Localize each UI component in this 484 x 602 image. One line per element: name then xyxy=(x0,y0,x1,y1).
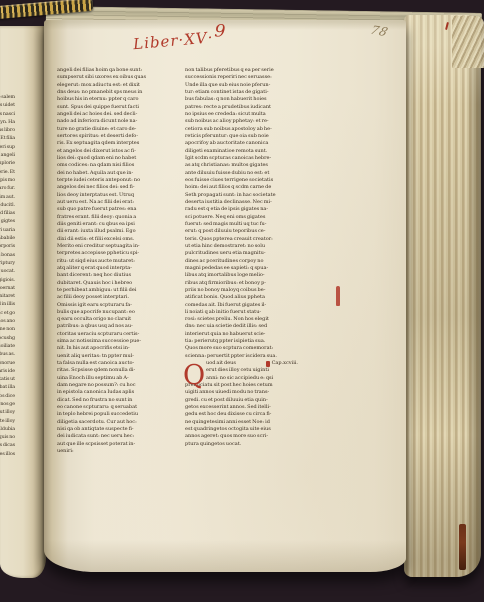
text-line: comedas ait. Ibi fuerut gigates il- xyxy=(185,302,299,309)
text-line: implorie xyxy=(0,160,15,168)
text-line: bus fabulas: q non habuerit hoies xyxy=(185,96,299,103)
text-line: nes nasci xyxy=(0,111,15,119)
text-line: scriptury xyxy=(0,260,15,268)
text-line: te perhibeat ambiguu: ut filii dei xyxy=(57,287,155,294)
text-line: mos uidet xyxy=(0,102,15,110)
text-line: bri uaria xyxy=(0,227,15,235)
rubric-mark xyxy=(336,286,340,306)
text-line: in teplo hebrei populi succedetiu xyxy=(57,411,155,418)
text-line: annos ageret: quos more suo scri- xyxy=(185,433,299,440)
text-line: Unde illa que sub eius noie pferun- xyxy=(185,82,299,89)
running-title-text: Liber·XV· xyxy=(132,28,214,53)
text-line: successionis reperiri nec seruasse: xyxy=(185,74,299,81)
text-line: ac filii deoy posset interptari. xyxy=(57,294,155,301)
text-line: eo canone scpturaru: q seruabat xyxy=(57,404,155,411)
text-line: ante diluuiu fuisse dubiu no est: et xyxy=(185,170,299,177)
text-line: dei no habet. Aquila aut que in- xyxy=(57,170,155,177)
text-line: magni pededas ee sapieti: q spua- xyxy=(185,265,299,272)
text-line: diligeti examinatioe remota sunt. xyxy=(185,148,299,155)
text-line: Merito eni creditur septuagita in- xyxy=(57,243,155,250)
chapter-first-words: uod ait deus xyxy=(206,360,236,367)
text-line: oms codices: na qdam nisi filios xyxy=(57,162,155,169)
text-line: dute illoy xyxy=(0,418,15,426)
text-line: r. Et filia xyxy=(0,135,15,143)
text-line: atificat bonis. Quod alius ppheta xyxy=(185,294,299,301)
text-line: p oernat xyxy=(0,285,15,293)
text-line: deos dice xyxy=(0,393,15,401)
text-line: sumpserut sibi uxores ex oibus quas xyxy=(57,74,155,81)
fore-edge-stain xyxy=(459,524,466,570)
text-line: qbus as. xyxy=(0,351,15,359)
text-line: sertores spiritus: et deserti defo- xyxy=(57,133,155,140)
text-line: interierut quia no habuerut scie- xyxy=(185,331,299,338)
text-line: eos fuisse ciues terrigene societatis xyxy=(185,177,299,184)
right-lines-before: non talibus pferetibus q ea per seriesuc… xyxy=(185,67,299,360)
text-line: oocushg xyxy=(0,335,15,343)
text-line: e initaret xyxy=(0,293,15,301)
text-line: nit. In his aut apocrifis etsi in- xyxy=(57,345,155,352)
text-line: im aut. xyxy=(0,194,15,202)
text-line: n ducitl. xyxy=(0,202,15,210)
text-line: pues illos xyxy=(0,451,15,459)
text-line: aut ueru est. Na ac filii dei erat: xyxy=(57,199,155,206)
text-line: dii erant: iuxta illud psalmi. Ego xyxy=(57,228,155,235)
text-line: hababile xyxy=(0,235,15,243)
text-line: bant dicerent: neq hoc diutius xyxy=(57,272,155,279)
text-line: dns deus: no pmanebit sps meus in xyxy=(57,89,155,96)
text-line: pulcritudines ueru etia magnitu- xyxy=(185,250,299,257)
text-line: sub quo patre fuerut patres: ena xyxy=(57,206,155,213)
text-line: aut illoy xyxy=(0,409,15,417)
text-line: bulis que apocrife nucupant: eo xyxy=(57,309,155,316)
text-line: dam negare no possum?: cu hoc xyxy=(57,382,155,389)
text-line: sci potuere. Neq eni oms gigates xyxy=(185,214,299,221)
text-line: Igit scdm scpturas canoicas hebre- xyxy=(185,155,299,162)
text-line: dns: nec uia scietie dedit illis: sed xyxy=(185,323,299,330)
text-line: Seth propagati sunt: in hac societate xyxy=(185,192,299,199)
text-line: e gigiois. xyxy=(0,277,15,285)
text-line: hoim: dei aut filios q scdm carne de xyxy=(185,184,299,191)
text-line: erut: q post diluuiu teporibus ce- xyxy=(185,228,299,235)
text-line: sunt. Spus dei quippe fuerut facti xyxy=(57,104,155,111)
text-line: lios dei: quod qdam eni no habet xyxy=(57,155,155,162)
text-line: ad filias xyxy=(0,210,15,218)
running-title-flourish: 9 xyxy=(214,21,227,42)
text-line: Cayn. Ha xyxy=(0,119,15,127)
text-line: ta falsa nulla est canoica aucto- xyxy=(57,360,155,367)
text-line: ail in illis xyxy=(0,301,15,309)
paragraph-mark-icon xyxy=(266,361,270,367)
text-column-right: non talibus pferetibus q ea per seriesuc… xyxy=(185,67,299,448)
text-line: Omissis igit earu scpturaru fa- xyxy=(57,302,155,309)
text-line: lios deoy interptatus est. Utruq xyxy=(57,192,155,199)
text-line: ribus atq firmioribus: et bonoy p- xyxy=(185,280,299,287)
text-line: fieri sup xyxy=(0,144,15,152)
text-line: os uocat. xyxy=(0,268,15,276)
text-line: ture no gratie diuine: et caro de- xyxy=(57,126,155,133)
text-line: aut que ille scpsisset poterat in- xyxy=(57,441,155,448)
text-line: r ipis mo xyxy=(0,177,15,185)
text-line: qus libro xyxy=(0,127,15,135)
text-line: ponorue xyxy=(0,360,15,368)
text-line: rosi: scietes preliu. Non hos elegit xyxy=(185,316,299,323)
text-line: tur: etiam continet istas de gigati- xyxy=(185,89,299,96)
text-line: patres: recte a prudetibus iudicant xyxy=(185,104,299,111)
fore-edge xyxy=(404,15,481,577)
text-line: elegerut: mox adiuctu est: et dixit xyxy=(57,82,155,89)
text-line: as atq christianas: multos gigates xyxy=(185,162,299,169)
chapter-number-label: Cap.xcviii. xyxy=(272,360,298,367)
text-line: ngerie. Et xyxy=(0,169,15,177)
text-line: angelos dei nec filios dei: sed fi- xyxy=(57,184,155,191)
text-line: non talibus pferetibus q ea per serie xyxy=(185,67,299,74)
text-line: rebat illa xyxy=(0,384,15,392)
text-line: a quis no xyxy=(0,434,15,442)
text-line: nado ad inferiora dicunt nole na- xyxy=(57,118,155,125)
text-line: dines ac pceritudines corpoy no xyxy=(185,258,299,265)
text-line: teris. Quos ppterea creauit creator: xyxy=(185,236,299,243)
text-line: ptura quingetos uocat. xyxy=(185,441,299,448)
text-column-left: angeli dei filias hoim qa bone sunt:sump… xyxy=(57,67,155,455)
text-line: cetiora sub noibus apostoloy ab he- xyxy=(185,126,299,133)
verso-page: ne salemmos uidetnes nasciCayn. Haqus li… xyxy=(0,26,46,578)
text-line: anos ano xyxy=(0,318,15,326)
text-line: bane non xyxy=(0,326,15,334)
text-line: ne salem xyxy=(0,94,15,102)
text-line: diis geniti erant: cu qbus ea ipsi xyxy=(57,221,155,228)
text-line: q earu occulta origo no claruit xyxy=(57,316,155,323)
chapter-initial: Q xyxy=(183,364,205,388)
text-line: dei iudicata sunt: nec ueru hec: xyxy=(57,433,155,440)
text-line: radu est q etia de ipsis gigates na- xyxy=(185,206,299,213)
running-title: Liber·XV·9 xyxy=(132,24,253,54)
text-line: pis dicas xyxy=(0,442,15,450)
text-line: in epistola canonica Iudas aplis xyxy=(57,389,155,396)
text-line: diligetia sacerdotu. Cur aut hoc: xyxy=(57,419,155,426)
text-line: hoibus his in eternu: ppter q caro xyxy=(57,96,155,103)
text-line: ueniri: xyxy=(57,448,155,455)
text-line: li noiati q ab initio fuerut statu- xyxy=(185,309,299,316)
text-line: tia: perierutq ppter isipietia sua. xyxy=(185,338,299,345)
text-line: reticis pferuntur: que oia sub noie xyxy=(185,133,299,140)
right-lines-after: prenuciatu sit post hec hoies cetumuigit… xyxy=(185,382,299,448)
text-line: sima ac notissima successioe pue- xyxy=(57,338,155,345)
verso-text-column: ne salemmos uidetnes nasciCayn. Haqus li… xyxy=(0,94,15,466)
text-line: libus atq imortalibus loge melio- xyxy=(185,272,299,279)
text-line: ut etia hinc demostraret: no solu xyxy=(185,243,299,250)
text-line: atq aliter q erat quod interpta- xyxy=(57,265,155,272)
text-line: priis no bonoy maloyq coibus be- xyxy=(185,287,299,294)
text-line: caro fur. xyxy=(0,185,15,193)
text-line: angeli dei ac hoies dei. sed decli- xyxy=(57,111,155,118)
text-line: apocrifoy ab auctoritate canonica xyxy=(185,140,299,147)
text-line: res angeli xyxy=(0,152,15,160)
fore-edge-corner xyxy=(452,16,484,68)
text-line: e gigtes xyxy=(0,218,15,226)
text-line: patribus: a qbus usq ad nos au- xyxy=(57,323,155,330)
text-line: gredi. cu et post diluuiu etia quin- xyxy=(185,397,299,404)
text-line: uenit aliq ueritas: tn ppter mul- xyxy=(57,353,155,360)
text-line: bonos ge xyxy=(0,401,15,409)
text-line: getos excesserint annos. Sed itelli- xyxy=(185,404,299,411)
text-line: ris bonas xyxy=(0,252,15,260)
text-line: ataris ide xyxy=(0,368,15,376)
text-line: gedu est hoc deu dixisse cu circa fi- xyxy=(185,411,299,418)
text-line: dubitaret. Quauis hoc i hebreo xyxy=(57,280,155,287)
text-line: ac et go xyxy=(0,310,15,318)
recto-page: Liber·XV·9 78 angeli dei filias hoim qa … xyxy=(44,20,406,572)
text-line: ne quingetesimi anni esset Noe: id xyxy=(185,419,299,426)
text-line: nisi qa ob antiqtate suspecte fi- xyxy=(57,426,155,433)
folio-number: 78 xyxy=(369,23,391,39)
text-line: dixi dii estis: et filii excelsi oms. xyxy=(57,236,155,243)
text-line: est quadringetos octogita uite eius xyxy=(185,426,299,433)
text-line: no ipsius ee crededa: sicut multa xyxy=(185,111,299,118)
text-line: angeli dei filias hoim qa bone sunt: xyxy=(57,67,155,74)
text-line: terpretes accepisse ppheticu spi- xyxy=(57,250,155,257)
text-line: dicat. Sed no frustra no sunt in xyxy=(57,397,155,404)
text-line: ris. Ex septuagita qdem interptes xyxy=(57,140,155,147)
text-line: et angelos dei dixerut istos ac fi- xyxy=(57,148,155,155)
text-line: acorporis xyxy=(0,243,15,251)
text-line: ctoritas ueraciu scpturaru certis- xyxy=(57,331,155,338)
text-line: sub noibus ac alioy pphetay: et re- xyxy=(185,118,299,125)
text-line: fratres erant. filii deoy: quonia a xyxy=(57,214,155,221)
text-line: uina Enoch illu septimu ab A- xyxy=(57,375,155,382)
text-line: fuerut: sed magis multi uq tuc fu- xyxy=(185,221,299,228)
text-line: ritas. Scpsisse qdem nonulla di- xyxy=(57,367,155,374)
text-line: mutatis ut xyxy=(0,376,15,384)
text-line: culdubia xyxy=(0,426,15,434)
text-line: ritu: ut siqd eius aucte mutaret: xyxy=(57,258,155,265)
text-line: deserta iustitia declinasse. Nec mi- xyxy=(185,199,299,206)
text-line: Quos more suo scptura comemorat: xyxy=(185,345,299,352)
text-line: terpte iudei ceteris anteponut: no xyxy=(57,177,155,184)
text-line: fuoiliate xyxy=(0,343,15,351)
